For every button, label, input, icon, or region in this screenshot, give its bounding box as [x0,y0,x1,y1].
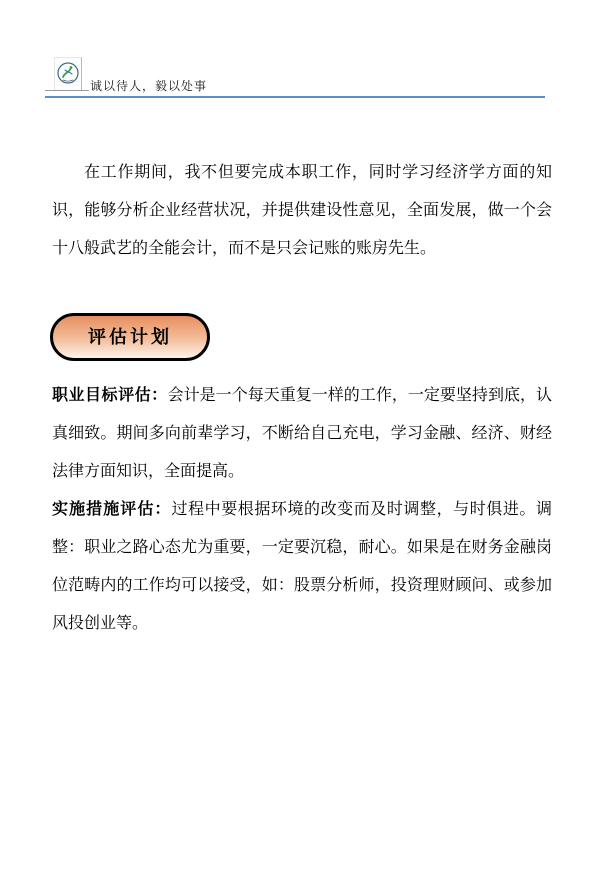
company-logo-icon [54,57,82,91]
intro-paragraph: 在工作期间，我不但要完成本职工作，同时学习经济学方面的知识，能够分析企业经营状况… [52,154,552,268]
section-badge-label: 评估计划 [88,318,172,356]
paragraph-label: 职业目标评估： [52,387,168,404]
document-body: 在工作期间，我不但要完成本职工作，同时学习经济学方面的知识，能够分析企业经营状况… [52,154,552,643]
career-goal-evaluation-paragraph: 职业目标评估：会计是一个每天重复一样的工作，一定要坚持到底，认真细致。期间多向前… [52,377,552,491]
emblem-figure-in-circle-icon [56,60,80,88]
header-motto: 诚以待人，毅以处事 [90,79,207,93]
paragraph-label: 实施措施评估： [52,501,171,518]
header-rule [45,96,545,98]
document-page: 诚以待人，毅以处事 在工作期间，我不但要完成本职工作，同时学习经济学方面的知识，… [0,0,602,879]
implementation-evaluation-paragraph: 实施措施评估：过程中要根据环境的改变而及时调整，与时俱进。调整：职业之路心态尤为… [52,491,552,643]
paragraph-text: 过程中要根据环境的改变而及时调整，与时俱进。调整：职业之路心态尤为重要，一定要沉… [52,501,552,632]
header-underline-segment [45,90,89,91]
section-badge-evaluation-plan: 评估计划 [50,313,210,361]
